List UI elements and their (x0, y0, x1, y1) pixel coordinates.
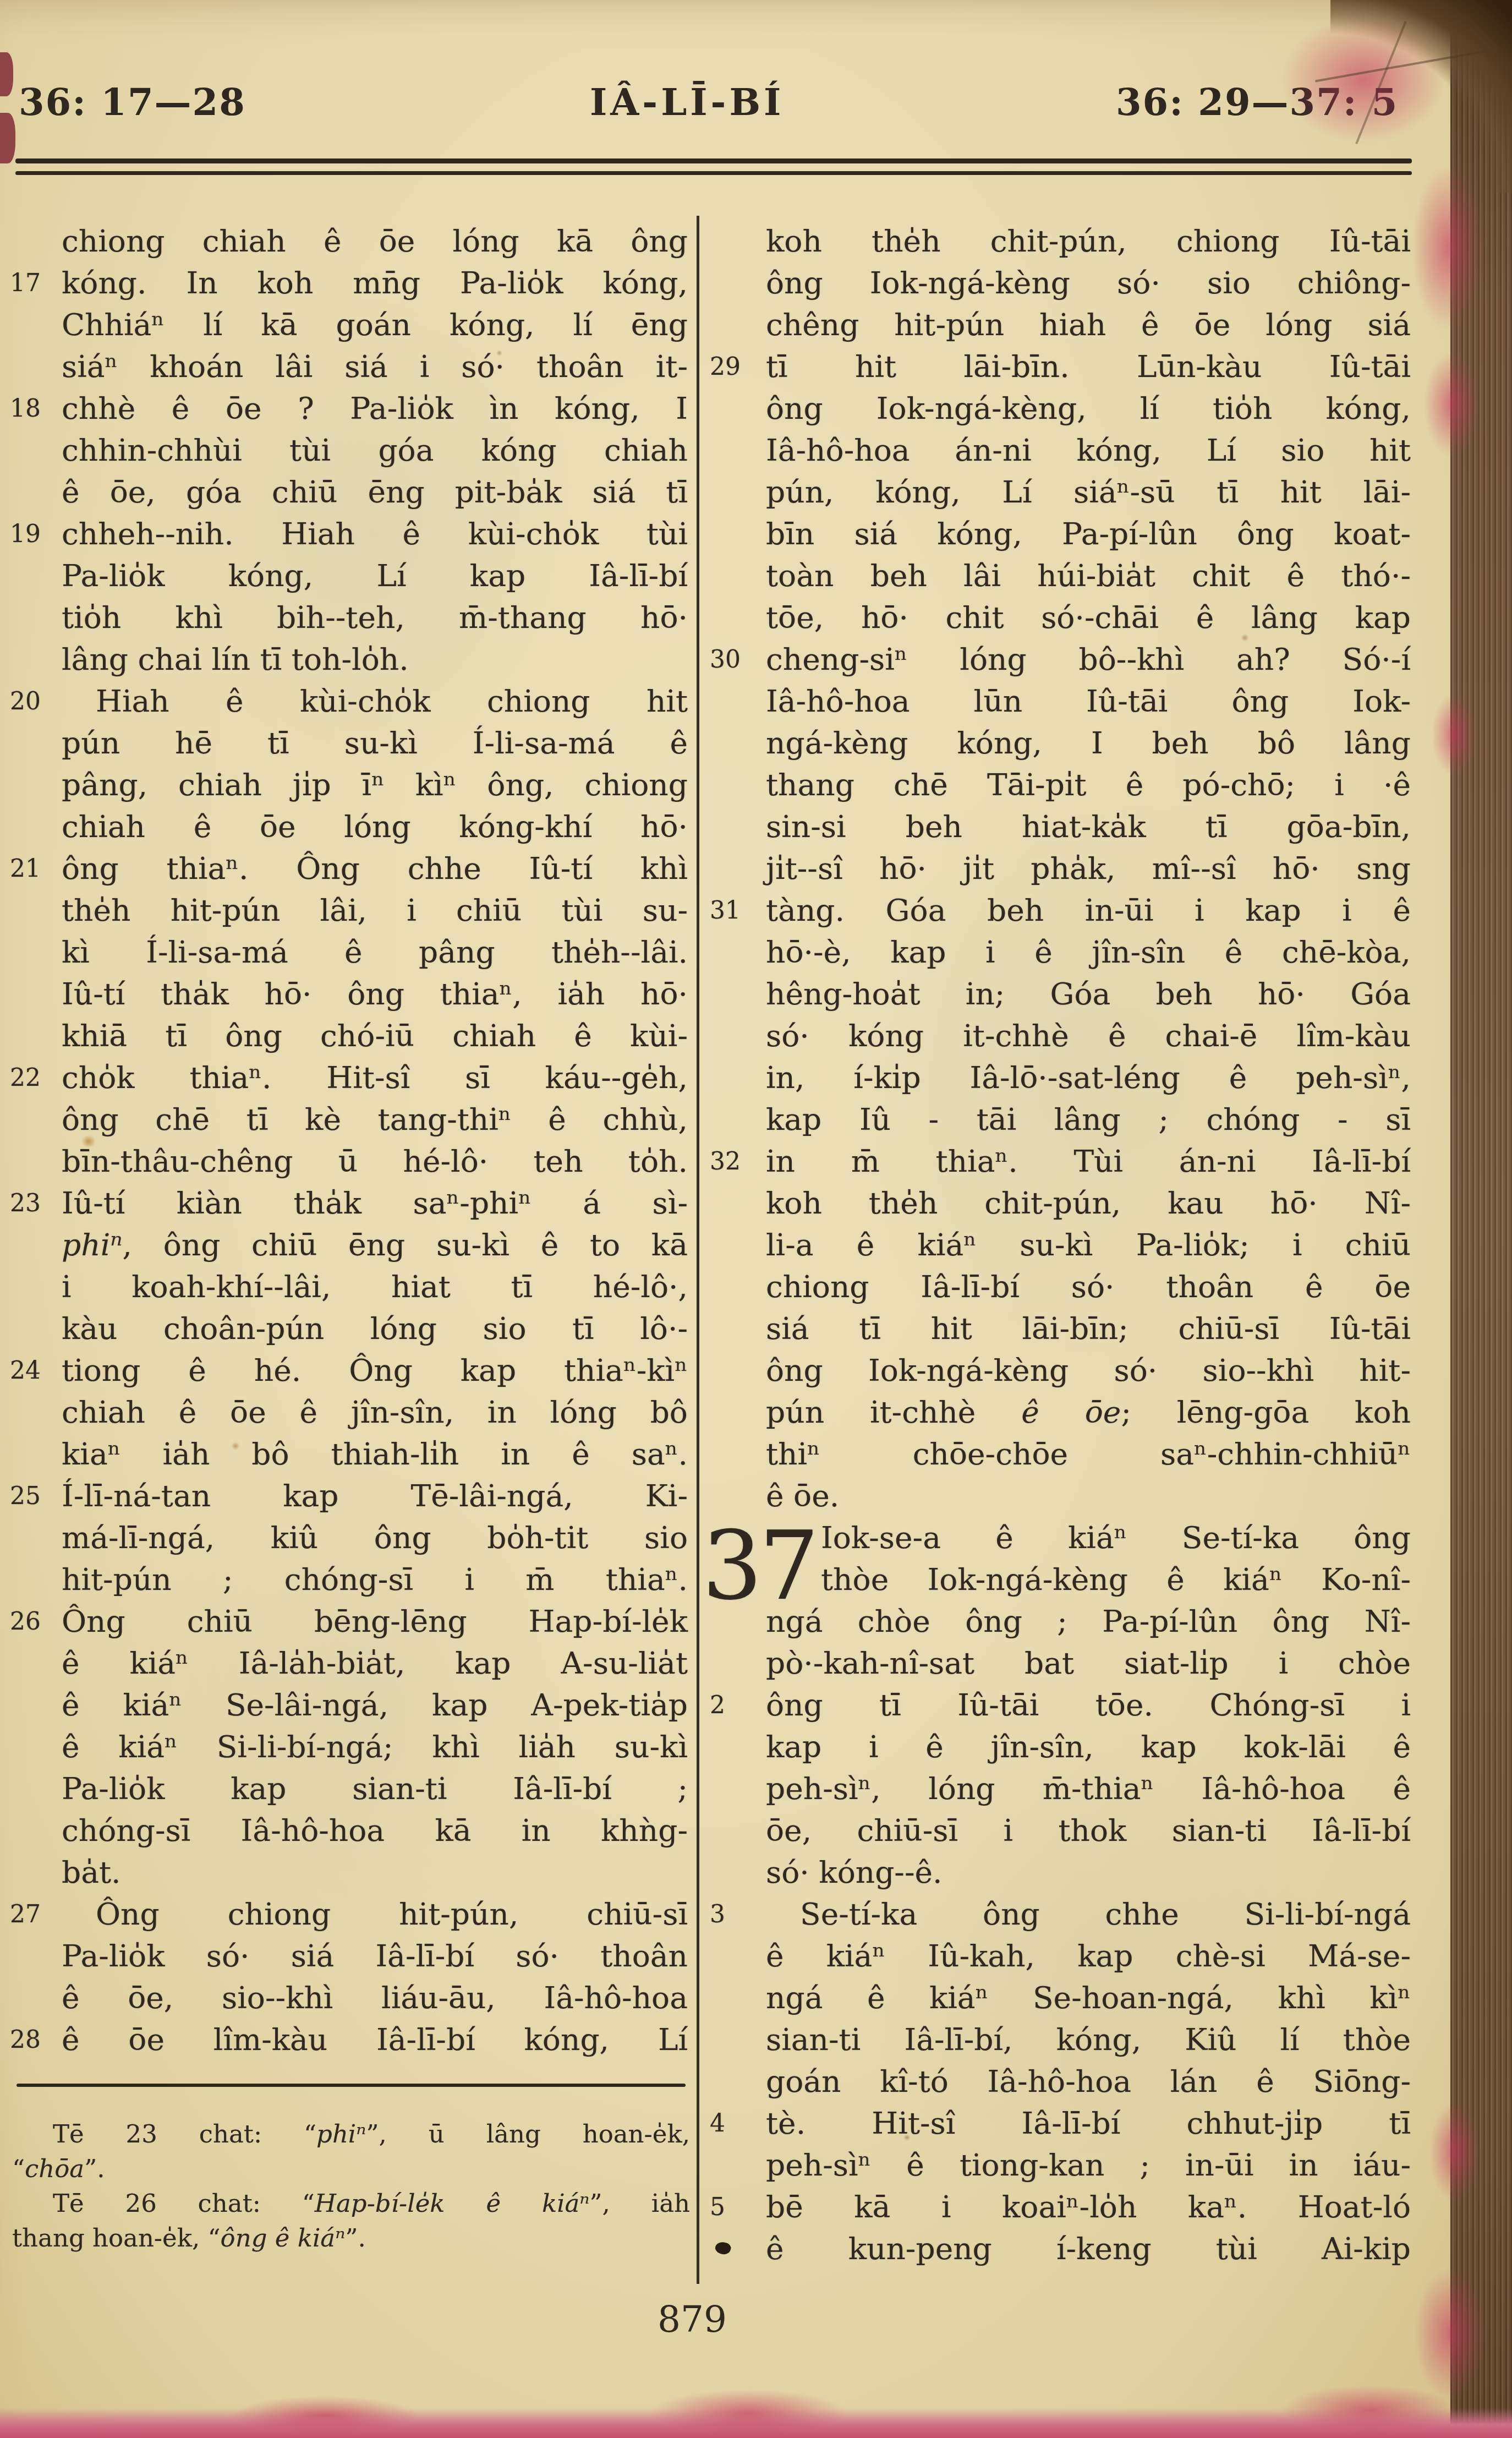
text-line: ông Iok-ngá-kèng só· sio--khì hit- (766, 1349, 1411, 1391)
verse-number: 30 (710, 638, 754, 681)
body-text: chêng hit-pún hiah ê ōe lóng siá (766, 307, 1411, 342)
body-text: siá tī hit lāi-bīn; chiū-sī Iû-tāi (766, 1311, 1411, 1346)
text-line: ông Iok-ngá-kèng só· sio chiông- (766, 262, 1411, 304)
verse-number: 3 (710, 1893, 754, 1936)
body-text: kap Iû - tāi lâng ; chóng - sī (766, 1102, 1411, 1137)
text-line: 26Ông chiū bēng-lēng Hap-bí-le̍k (62, 1600, 688, 1642)
body-text: ”. (345, 2223, 365, 2253)
text-line: má-lī-ngá, kiû ông bo̍h-tit sio (62, 1517, 688, 1559)
text-line: tōe, hō· chit só·-chāi ê lâng kap (766, 597, 1411, 638)
double-rule-top (15, 158, 1412, 163)
verse-number: 24 (10, 1349, 54, 1392)
body-text: bīn siá kóng, Pa-pí-lûn ông koat- (766, 516, 1411, 551)
body-text: tàng. Góa beh in-ūi i kap i ê (766, 893, 1411, 928)
body-text: kì Í-li-sa-má ê pâng the̍h--lâi. (62, 934, 688, 970)
text-line: bīn-thâu-chêng ū hé-lô· teh to̍h. (62, 1140, 688, 1182)
text-line: Iâ-hô-hoa lūn Iû-tāi ông Iok- (766, 680, 1411, 722)
text-line: pò·-kah-nî-sat bat siat-li̍p i chòe (766, 1642, 1411, 1684)
italic-text: Hap-bí-le̍k ê kiáⁿ (315, 2189, 590, 2218)
foxing-spot (1241, 634, 1249, 642)
body-text: i koah-khí--lâi, hiat tī hé-lô·, (62, 1269, 688, 1304)
body-text: ba̍t. (62, 1855, 121, 1890)
book-fore-edge (1450, 0, 1512, 2438)
text-line: kiaⁿ ia̍h bô thiah-li̍h in ê saⁿ. (62, 1433, 688, 1475)
body-text: thiⁿ chōe-chōe saⁿ-chhin-chhiūⁿ (766, 1436, 1411, 1472)
footnote-line: “chōa”. (12, 2151, 690, 2186)
text-line: chiah ê ōe lóng kóng-khí hō· (62, 806, 688, 848)
text-line: só· kóng it-chhè ê chai-ē lîm-kàu (766, 1015, 1411, 1057)
body-text: chhè ê ōe ? Pa-lio̍k ìn kóng, I (62, 391, 688, 426)
body-text: pâng, chiah ji̍p īⁿ kìⁿ ông, chiong (62, 767, 688, 802)
text-line: chiah ê ōe ê jîn-sîn, in lóng bô (62, 1391, 688, 1433)
body-text: Iok-se-a ê kiáⁿ Se-tí-ka ông (821, 1520, 1411, 1555)
body-text: chiong Iâ-lī-bí só· thoân ê ōe (766, 1269, 1411, 1304)
body-text: “ (12, 2154, 25, 2183)
italic-text: ê ōe (1021, 1395, 1121, 1430)
body-text: ; lēng-gōa koh (1121, 1395, 1411, 1430)
body-text: pún it-chhè (766, 1395, 1021, 1430)
body-text: ngá chòe ông ; Pa-pí-lûn ông Nî- (766, 1604, 1411, 1639)
text-line: hêng-hoa̍t in; Góa beh hō· Góa (766, 973, 1411, 1015)
body-text: ”, ia̍h (590, 2189, 690, 2218)
body-text: Iâ-hô-hoa lūn Iû-tāi ông Iok- (766, 684, 1411, 719)
text-line: i koah-khí--lâi, hiat tī hé-lô·, (62, 1266, 688, 1308)
body-text: pún hē tī su-kì Í-li-sa-má ê (62, 725, 688, 761)
text-line: 21ông thiaⁿ. Ông chhe Iû-tí khì (62, 848, 688, 889)
body-text: Se-tí-ka ông chhe Si-li-bí-ngá (800, 1896, 1411, 1932)
body-text: só· kóng it-chhè ê chai-ē lîm-kàu (766, 1018, 1411, 1053)
text-line: li-a ê kiáⁿ su-kì Pa-lio̍k; i chiū (766, 1224, 1411, 1266)
verse-number: 32 (710, 1140, 754, 1183)
body-text: tè. Hit-sî Iâ-lī-bí chhut-ji̍p tī (766, 2106, 1411, 2141)
body-text: cho̍k thiaⁿ. Hit-sî sī káu--ge̍h, (62, 1060, 688, 1095)
text-line: ê kiáⁿ Iû-kah, kap chè-si Má-se- (766, 1935, 1411, 1977)
body-text: sian-ti Iâ-lī-bí, kóng, Kiû lí thòe (766, 2022, 1411, 2057)
text-line: peh-sìⁿ ê tiong-kan ; in-ūi in iáu- (766, 2144, 1411, 2186)
body-text: ê kiáⁿ Iû-kah, kap chè-si Má-se- (766, 1938, 1411, 1974)
text-line: 3Se-tí-ka ông chhe Si-li-bí-ngá (766, 1893, 1411, 1935)
text-line: khiā tī ông chó-iū chiah ê kùi- (62, 1015, 688, 1057)
body-text: só· kóng--ê. (766, 1855, 943, 1890)
body-text: kóng. In koh mn̄g Pa-lio̍k kóng, (62, 265, 688, 300)
text-line: hit-pún ; chóng-sī i m̄ thiaⁿ. (62, 1559, 688, 1600)
body-text: tī hit lāi-bīn. Lūn-kàu Iû-tāi (766, 349, 1411, 384)
text-line: ê kun-peng í-keng tùi Ai-kip (766, 2228, 1411, 2270)
footnotes: Tē 23 chat: “phiⁿ”, ū lâng hoan-e̍k,“chō… (12, 2117, 690, 2255)
verse-number: 5 (710, 2186, 754, 2229)
text-line: ê ōe. (766, 1475, 1411, 1517)
left-edge-mark (0, 52, 13, 96)
verse-number: 22 (10, 1057, 54, 1100)
verse-number: 28 (10, 2019, 54, 2062)
body-text: ông Iok-ngá-kèng, lí tio̍h kóng, (766, 391, 1411, 426)
body-text: lâng chai lín tī toh-lo̍h. (62, 642, 409, 677)
body-text: pún, kóng, Lí siáⁿ-sū tī hit lāi- (766, 474, 1411, 510)
text-line: ê ōe, góa chiū ēng pit-ba̍k siá tī (62, 471, 688, 513)
verse-number: 18 (10, 387, 54, 430)
bottom-page-edge (0, 2408, 1512, 2438)
text-line: Iâ-hô-hoa án-ni kóng, Lí sio hit (766, 429, 1411, 471)
text-line: ông Iok-ngá-kèng, lí tio̍h kóng, (766, 387, 1411, 429)
body-text: the̍h hit-pún lâi, i chiū tùi su- (62, 893, 688, 928)
text-line: thòe Iok-ngá-kèng ê kiáⁿ Ko-nî- (766, 1559, 1411, 1600)
text-line: ê ōe, sio--khì liáu-āu, Iâ-hô-hoa (62, 1977, 688, 2019)
text-line: sin-si beh hiat-ka̍k tī gōa-bīn, (766, 806, 1411, 848)
body-text: tiong ê hé. Ông kap thiaⁿ-kìⁿ (62, 1353, 688, 1388)
foxing-spot (231, 1442, 240, 1450)
footnote-line: Tē 26 chat: “Hap-bí-le̍k ê kiáⁿ”, ia̍h (12, 2186, 690, 2221)
text-line: 30cheng-siⁿ lóng bô--khì ah? Só·-í (766, 638, 1411, 680)
text-line: Chhiáⁿ lí kā goán kóng, lí ēng (62, 304, 688, 346)
body-text: Í-lī-ná-tan kap Tē-lâi-ngá, Ki- (62, 1478, 688, 1513)
text-line: chiong chiah ê ōe lóng kā ông (62, 220, 688, 262)
body-text: Iû-tí tha̍k hō· ông thiaⁿ, ia̍h hō· (62, 976, 688, 1012)
body-text: bīn-thâu-chêng ū hé-lô· teh to̍h. (62, 1144, 688, 1179)
text-line: pún it-chhè ê ōe; lēng-gōa koh (766, 1391, 1411, 1433)
text-line: koh the̍h chit-pún, kau hō· Nî- (766, 1182, 1411, 1224)
text-line: 29tī hit lāi-bīn. Lūn-kàu Iû-tāi (766, 346, 1411, 387)
body-text: ngá-kèng kóng, I beh bô lâng (766, 725, 1411, 761)
footnote-line: Tē 23 chat: “phiⁿ”, ū lâng hoan-e̍k, (12, 2117, 690, 2151)
text-line: 27Ông chiong hit-pún, chiū-sī (62, 1893, 688, 1935)
body-text: kiaⁿ ia̍h bô thiah-li̍h in ê saⁿ. (62, 1436, 688, 1472)
body-text: ông Iok-ngá-kèng só· sio--khì hit- (766, 1353, 1411, 1388)
double-rule-bottom (15, 171, 1412, 175)
text-line: tio̍h khì bih--teh, m̄-thang hō· (62, 597, 688, 638)
body-text: Pa-lio̍k só· siá Iâ-lī-bí só· thoân (62, 1938, 688, 1974)
body-text: Iâ-hô-hoa án-ni kóng, Lí sio hit (766, 433, 1411, 468)
body-text: in, í-ki̍p Iâ-lō·-sat-léng ê peh-sìⁿ, (766, 1060, 1411, 1095)
text-line: só· kóng--ê. (766, 1851, 1411, 1893)
text-line: kap Iû - tāi lâng ; chóng - sī (766, 1098, 1411, 1140)
text-line: 19chheh--nih. Hiah ê kùi-cho̍k tùi (62, 513, 688, 555)
text-line: ngá-kèng kóng, I beh bô lâng (766, 722, 1411, 764)
body-text: Ông chiong hit-pún, chiū-sī (96, 1896, 688, 1932)
body-text: thòe Iok-ngá-kèng ê kiáⁿ Ko-nî- (821, 1562, 1411, 1597)
body-text: khiā tī ông chó-iū chiah ê kùi- (62, 1018, 688, 1053)
body-text: ê ōe, góa chiū ēng pit-ba̍k siá tī (62, 474, 688, 510)
text-line: ông chē tī kè tang-thiⁿ ê chhù, (62, 1098, 688, 1140)
body-text: chheh--nih. Hiah ê kùi-cho̍k tùi (62, 516, 688, 551)
page-number: 879 (632, 2298, 753, 2341)
text-line: ngá chòe ông ; Pa-pí-lûn ông Nî- (766, 1600, 1411, 1642)
foxing-spot (903, 2134, 911, 2141)
body-text: kap i ê jîn-sîn, kap kok-lāi ê (766, 1729, 1411, 1764)
body-text: li-a ê kiáⁿ su-kì Pa-lio̍k; i chiū (766, 1227, 1411, 1262)
body-text: ông thiaⁿ. Ông chhe Iû-tí khì (62, 851, 688, 886)
text-line: Pa-lio̍k kap sian-ti Iâ-lī-bí ; (62, 1768, 688, 1810)
text-line: 32in m̄ thiaⁿ. Tùi án-ni Iâ-lī-bí (766, 1140, 1411, 1182)
body-text: hō·-è, kap i ê jîn-sîn ê chē-kòa, (766, 934, 1411, 970)
body-text: Pa-lio̍k kóng, Lí kap Iâ-lī-bí (62, 558, 688, 593)
text-line: lâng chai lín tī toh-lo̍h. (62, 638, 688, 680)
text-line: 17kóng. In koh mn̄g Pa-lio̍k kóng, (62, 262, 688, 304)
body-text: ōe, chiū-sī i thok sian-ti Iâ-lī-bí (766, 1813, 1411, 1848)
text-line: ji̍t--sî hō· ji̍t pha̍k, mî--sî hō· sng (766, 848, 1411, 889)
page-corner-curl (1330, 0, 1512, 193)
text-line: in, í-ki̍p Iâ-lō·-sat-léng ê peh-sìⁿ, (766, 1057, 1411, 1098)
text-line: thiⁿ chōe-chōe saⁿ-chhin-chhiūⁿ (766, 1433, 1411, 1475)
body-text: chóng-sī Iâ-hô-hoa kā in khǹg- (62, 1813, 688, 1848)
verse-number: 4 (710, 2102, 754, 2145)
text-line: siá tī hit lāi-bīn; chiū-sī Iû-tāi (766, 1308, 1411, 1349)
text-line: chiong Iâ-lī-bí só· thoân ê ōe (766, 1266, 1411, 1308)
body-text: ngá ê kiáⁿ Se-hoan-ngá, khì kìⁿ (766, 1980, 1411, 2015)
text-line: the̍h hit-pún lâi, i chiū tùi su- (62, 889, 688, 931)
right-column: koh the̍h chit-pún, chiong Iû-tāiông Iok… (766, 220, 1411, 2270)
body-text: chiah ê ōe ê jîn-sîn, in lóng bô (62, 1395, 688, 1430)
body-text: peh-sìⁿ ê tiong-kan ; in-ūi in iáu- (766, 2147, 1411, 2183)
text-line: 20Hiah ê kùi-cho̍k chiong hit (62, 680, 688, 722)
text-line: 22cho̍k thiaⁿ. Hit-sî sī káu--ge̍h, (62, 1057, 688, 1098)
text-line: 18chhè ê ōe ? Pa-lio̍k ìn kóng, I (62, 387, 688, 429)
text-line: ê kiáⁿ Si-li-bí-ngá; khì lia̍h su-kì (62, 1726, 688, 1768)
footnote-rule (17, 2084, 686, 2087)
body-text: Hiah ê kùi-cho̍k chiong hit (96, 684, 688, 719)
text-line: kì Í-li-sa-má ê pâng the̍h--lâi. (62, 931, 688, 973)
book-page-scan: 36: 17—28 IÂ-LĪ-BÍ 36: 29—37: 5 chiong c… (0, 0, 1512, 2438)
body-text: pò·-kah-nî-sat bat siat-li̍p i chòe (766, 1646, 1411, 1681)
left-column: chiong chiah ê ōe lóng kā ông17kóng. In … (62, 220, 688, 2060)
body-text: cheng-siⁿ lóng bô--khì ah? Só·-í (766, 642, 1411, 677)
text-line: kap i ê jîn-sîn, kap kok-lāi ê (766, 1726, 1411, 1768)
text-line: kàu choân-pún lóng sio tī lô·- (62, 1308, 688, 1349)
text-line: Iû-tí tha̍k hō· ông thiaⁿ, ia̍h hō· (62, 973, 688, 1015)
text-line: ba̍t. (62, 1851, 688, 1893)
body-text: hit-pún ; chóng-sī i m̄ thiaⁿ. (62, 1562, 688, 1597)
text-line: pún hē tī su-kì Í-li-sa-má ê (62, 722, 688, 764)
text-line: bīn siá kóng, Pa-pí-lûn ông koat- (766, 513, 1411, 555)
body-text: koh the̍h chit-pún, chiong Iû-tāi (766, 223, 1411, 259)
text-line: 37Iok-se-a ê kiáⁿ Se-tí-ka ông (766, 1517, 1411, 1559)
body-text: ê ōe, sio--khì liáu-āu, Iâ-hô-hoa (62, 1980, 688, 2015)
body-text: má-lī-ngá, kiû ông bo̍h-tit sio (62, 1520, 688, 1555)
text-line: ngá ê kiáⁿ Se-hoan-ngá, khì kìⁿ (766, 1977, 1411, 2019)
verse-number: 19 (10, 513, 54, 556)
body-text: Pa-lio̍k kap sian-ti Iâ-lī-bí ; (62, 1771, 688, 1806)
left-edge-mark (0, 113, 15, 163)
text-line: phiⁿ, ông chiū ēng su-kì ê to kā (62, 1224, 688, 1266)
body-text: hêng-hoa̍t in; Góa beh hō· Góa (766, 976, 1411, 1012)
foxing-spot (81, 1135, 96, 1148)
verse-number: 29 (710, 346, 754, 389)
text-line: ōe, chiū-sī i thok sian-ti Iâ-lī-bí (766, 1810, 1411, 1851)
verse-number: 21 (10, 848, 54, 890)
body-text: ông tī Iû-tāi tōe. Chóng-sī i (766, 1687, 1411, 1723)
text-line: peh-sìⁿ, lóng m̄-thiaⁿ Iâ-hô-hoa ê (766, 1768, 1411, 1810)
body-text: thang chē Tāi-pi̍t ê pó-chō; i ·ê (766, 767, 1411, 802)
verse-number: 23 (10, 1182, 54, 1225)
body-text: Tē 23 chat: “ (53, 2119, 316, 2149)
text-line: chhin-chhùi tùi góa kóng chiah (62, 429, 688, 471)
text-line: 25Í-lī-ná-tan kap Tē-lâi-ngá, Ki- (62, 1475, 688, 1517)
body-text: chiong chiah ê ōe lóng kā ông (62, 223, 688, 259)
body-text: kàu choân-pún lóng sio tī lô·- (62, 1311, 688, 1346)
header-verse-range-left: 36: 17—28 (19, 80, 246, 124)
text-line: toàn beh lâi húi-bia̍t chit ê thó·- (766, 555, 1411, 597)
body-text: ông Iok-ngá-kèng só· sio chiông- (766, 265, 1411, 300)
body-text: Iû-tí kiàn tha̍k saⁿ-phiⁿ á sì- (62, 1185, 688, 1221)
verse-number: 17 (10, 262, 54, 305)
verse-number: 2 (710, 1684, 754, 1727)
body-text: ê kiáⁿ Si-li-bí-ngá; khì lia̍h su-kì (62, 1729, 688, 1764)
body-text: in m̄ thiaⁿ. Tùi án-ni Iâ-lī-bí (766, 1144, 1411, 1179)
italic-text: ông ê kiáⁿ (221, 2223, 346, 2253)
column-divider (697, 216, 699, 2284)
body-text: tōe, hō· chit só·-chāi ê lâng kap (766, 600, 1411, 635)
text-line: 5bē kā i koaiⁿ-lo̍h kaⁿ. Hoat-ló (766, 2186, 1411, 2228)
body-text: ông chē tī kè tang-thiⁿ ê chhù, (62, 1102, 688, 1137)
italic-text: chōa (25, 2154, 84, 2183)
text-line: goán kî-tó Iâ-hô-hoa lán ê Siōng- (766, 2060, 1411, 2102)
verse-number: 25 (10, 1475, 54, 1518)
body-text: ê kiáⁿ Iâ-la̍h-bia̍t, kap A-su-lia̍t (62, 1646, 688, 1681)
body-text: tio̍h khì bih--teh, m̄-thang hō· (62, 600, 688, 635)
verse-number: 27 (10, 1893, 54, 1936)
text-line: 23Iû-tí kiàn tha̍k saⁿ-phiⁿ á sì- (62, 1182, 688, 1224)
body-text: , ông chiū ēng su-kì ê to kā (123, 1227, 688, 1262)
body-text: Chhiáⁿ lí kā goán kóng, lí ēng (62, 307, 688, 342)
body-text: thang hoan-e̍k, “ (12, 2223, 221, 2253)
body-text: peh-sìⁿ, lóng m̄-thiaⁿ Iâ-hô-hoa ê (766, 1771, 1411, 1806)
text-line: koh the̍h chit-pún, chiong Iû-tāi (766, 220, 1411, 262)
text-line: sian-ti Iâ-lī-bí, kóng, Kiû lí thòe (766, 2019, 1411, 2060)
text-line: siáⁿ khoán lâi siá i só· thoân it- (62, 346, 688, 387)
text-line: ê kiáⁿ Se-lâi-ngá, kap A-pek-tia̍p (62, 1684, 688, 1726)
body-text: ji̍t--sî hō· ji̍t pha̍k, mî--sî hō· sng (766, 851, 1411, 886)
verse-number: 31 (710, 889, 754, 932)
body-text: ê ōe lîm-kàu Iâ-lī-bí kóng, Lí (62, 2022, 688, 2057)
text-line: thang chē Tāi-pi̍t ê pó-chō; i ·ê (766, 764, 1411, 806)
text-line: pâng, chiah ji̍p īⁿ kìⁿ ông, chiong (62, 764, 688, 806)
body-text: ê ōe. (766, 1478, 839, 1513)
body-text: ê kun-peng í-keng tùi Ai-kip (766, 2231, 1411, 2266)
italic-text: phiⁿ (316, 2119, 366, 2149)
text-line: hō·-è, kap i ê jîn-sîn ê chē-kòa, (766, 931, 1411, 973)
text-line: Pa-lio̍k kóng, Lí kap Iâ-lī-bí (62, 555, 688, 597)
body-text: ”. (84, 2154, 105, 2183)
body-text: goán kî-tó Iâ-hô-hoa lán ê Siōng- (766, 2064, 1411, 2099)
body-text: ”, ū lâng hoan-e̍k, (366, 2119, 691, 2149)
body-text: toàn beh lâi húi-bia̍t chit ê thó·- (766, 558, 1411, 593)
body-text: Ông chiū bēng-lēng Hap-bí-le̍k (62, 1604, 688, 1639)
body-text: chiah ê ōe lóng kóng-khí hō· (62, 809, 688, 844)
body-text: sin-si beh hiat-ka̍k tī gōa-bīn, (766, 809, 1411, 844)
body-text: ê kiáⁿ Se-lâi-ngá, kap A-pek-tia̍p (62, 1687, 688, 1723)
text-line: 4tè. Hit-sî Iâ-lī-bí chhut-ji̍p tī (766, 2102, 1411, 2144)
foxing-spot (496, 350, 502, 356)
text-line: 2ông tī Iû-tāi tōe. Chóng-sī i (766, 1684, 1411, 1726)
verse-number: 20 (10, 680, 54, 723)
body-text: bē kā i koaiⁿ-lo̍h kaⁿ. Hoat-ló (766, 2189, 1411, 2224)
page-title: IÂ-LĪ-BÍ (590, 80, 784, 124)
verse-number: 26 (10, 1600, 54, 1643)
body-text: koh the̍h chit-pún, kau hō· Nî- (766, 1185, 1411, 1221)
text-line: 31tàng. Góa beh in-ūi i kap i ê (766, 889, 1411, 931)
text-line: pún, kóng, Lí siáⁿ-sū tī hit lāi- (766, 471, 1411, 513)
text-line: 28ê ōe lîm-kàu Iâ-lī-bí kóng, Lí (62, 2019, 688, 2060)
text-line: Pa-lio̍k só· siá Iâ-lī-bí só· thoân (62, 1935, 688, 1977)
text-line: ê kiáⁿ Iâ-la̍h-bia̍t, kap A-su-lia̍t (62, 1642, 688, 1684)
text-line: 24tiong ê hé. Ông kap thiaⁿ-kìⁿ (62, 1349, 688, 1391)
text-line: chêng hit-pún hiah ê ōe lóng siá (766, 304, 1411, 346)
text-line: chóng-sī Iâ-hô-hoa kā in khǹg- (62, 1810, 688, 1851)
body-text: chhin-chhùi tùi góa kóng chiah (62, 433, 688, 468)
footnote-line: thang hoan-e̍k, “ông ê kiáⁿ”. (12, 2221, 690, 2255)
italic-text: phiⁿ (62, 1227, 123, 1262)
body-text: siáⁿ khoán lâi siá i só· thoân it- (62, 349, 688, 384)
body-text: Tē 26 chat: “ (53, 2189, 315, 2218)
